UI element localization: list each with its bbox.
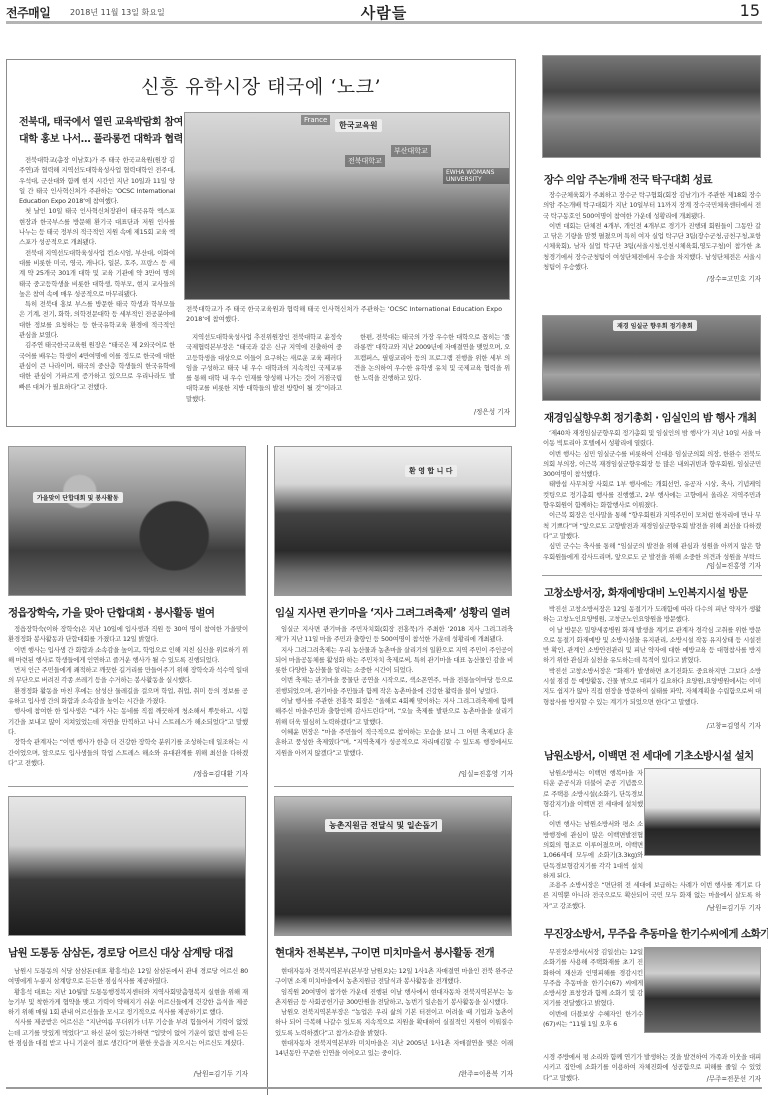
main-article-photo: France 한국교육원 부산대학교 EWHA WOMANS UNIVERSIT…: [184, 112, 510, 300]
gochang-fire-body: 박진선 고창소방서장은 12일 동절기가 도래함에 따라 다수의 피난 약자가 …: [543, 604, 761, 721]
main-photo-caption: 전북대학교가 주 태국 한국교육원과 협력해 태국 인사혁신처가 주관하는 ‘O…: [186, 304, 510, 324]
jeongeup-dorm-photo: 가을맞이 단합대회 및 봉사활동: [8, 446, 246, 596]
header-rule: [6, 21, 762, 24]
hyundai-body: 현대자동차 전북지역본부(본부장 남원오)는 12일 1사1촌 자매결연 마을인…: [275, 966, 513, 1078]
page-number: 15: [740, 1, 760, 20]
main-article-body-col1: 전북대학교(총장 이남호)가 주 태국 한국교육원(원장 김주연)과 협력해 지…: [19, 155, 175, 421]
gochang-fire-byline: /고창=김영식 기자: [543, 720, 761, 730]
imsil-festival-photo: 환 영 합 니 다: [274, 446, 512, 596]
photo-sign: 부산대학교: [391, 145, 431, 157]
main-article-body-col3: 한편, 전북대는 태국의 가장 우수한 대학으로 꼽히는 ‘풀라롱껀’ 대학교와…: [354, 332, 510, 404]
imsil-festival-body: 임실군 지사면 관기마을 주민자치회(회장 전홍묵)가 주최한 ‘2018 지사…: [275, 624, 513, 770]
tabletennis-headline: 장수 의암 주논개배 전국 탁구대회 성료: [544, 172, 712, 187]
namwon-fire-photo: [644, 768, 761, 856]
hyundai-headline: 현대차 전북본부, 구이면 미치마을서 봉사활동 전개: [275, 945, 494, 960]
jeongeup-dorm-body: 정읍장학숙(이하 장학숙)은 지난 10일에 입사생과 직원 등 30여 명이 …: [8, 624, 248, 770]
photo-sign: 한국교육원: [335, 119, 382, 132]
mujinjang-fire-body-narrow: 무진장소방서(서장 김일선)는 12일 소화기를 사용해 주택화재를 초기 진화…: [543, 947, 643, 1051]
namwon-fire-headline: 남원소방서, 이백면 전 세대에 기초소방시설 설치: [544, 748, 754, 763]
main-article-body-col2: 지역선도대학육성사업 추진위원장인 전북대학교 윤정숙 국제협력본부장은 “태국…: [186, 332, 342, 422]
mujinjang-fire-byline: /무주=전문선 기자: [543, 1073, 761, 1083]
namwon-fire-body-narrow: 남원소방서는 이백면 행복마을 자티운 준공식과 더불어 준공 기념품으로 주택…: [543, 768, 643, 878]
jeongeup-dorm-headline: 정읍장학숙, 가을 맞아 단합대회 · 봉사활동 벌여: [8, 605, 214, 620]
photo-banner: 재경 임실군 향우회 정기총회: [613, 320, 697, 331]
imsil-festival-headline: 임실 지사면 관기마을 ‘지사 그려그려축제’ 성황리 열려: [275, 605, 510, 620]
photo-banner: 농촌지원금 전달식 및 일손돕기: [325, 819, 442, 832]
mujinjang-fire-headline: 무진장소방서, 무주읍 추동마을 한기수씨에게 소화기 전달: [544, 926, 768, 941]
imsil-alumni-body: ‘제40차 재경임실군향우회 정기총회 및 임실인의 밤 행사’가 지난 10일…: [543, 428, 761, 560]
photo-sign: EWHA WOMANS UNIVERSITY: [443, 168, 509, 184]
main-headline: 신흥 유학시장 태국에 ‘노크’: [7, 72, 515, 99]
section-title: 사람들: [6, 2, 762, 23]
tabletennis-byline: /장수=고민호 기자: [543, 273, 761, 283]
imsil-festival-byline: /임실=진홍영 기자: [275, 768, 513, 778]
photo-banner: 가을맞이 단합대회 및 봉사활동: [33, 492, 123, 503]
photo-banner: 환 영 합 니 다: [405, 465, 457, 477]
tabletennis-photo: [542, 55, 761, 158]
photo-sign: 전북대학교: [345, 155, 385, 167]
jeongeup-dorm-byline: /정읍=김대환 기자: [8, 768, 248, 778]
namwon-samgyetang-headline: 남원 도통동 삼삼돈, 경로당 어르신 대상 삼계탕 대접: [8, 945, 233, 960]
tabletennis-body: 장수군체육회가 주최하고 장수군 탁구협회(회장 김남기)가 주관한 제18회 …: [543, 190, 761, 274]
namwon-samgyetang-body: 남원시 도통동의 식당 삼삼돈(대표 황흥석)은 12일 삼삼돈에서 관내 경로…: [8, 966, 248, 1066]
divider: [274, 786, 514, 787]
gochang-fire-headline: 고창소방서장, 화재예방대비 노인복지시설 방문: [544, 585, 747, 600]
main-article-byline: /정은성 기자: [354, 406, 510, 416]
column-divider: [267, 445, 268, 1095]
mujinjang-fire-photo: [644, 947, 761, 1033]
footer-rule: [6, 1087, 762, 1089]
photo-sign: France: [301, 115, 330, 125]
imsil-alumni-byline: /임실=진홍영 기자: [543, 560, 761, 570]
main-subheadline-1: 전북대, 태국에서 열린 교육박람회 참여: [19, 113, 183, 128]
hyundai-byline: /완주=이용복 기자: [275, 1068, 513, 1078]
main-article-box: 신흥 유학시장 태국에 ‘노크’ 전북대, 태국에서 열린 교육박람회 참여 대…: [6, 59, 516, 427]
namwon-fire-byline: /남원=김기두 기자: [543, 902, 761, 912]
main-subheadline-2: 대학 홍보 나서… 풀라롱껀 대학과 협력: [19, 130, 183, 145]
namwon-samgyetang-byline: /남원=김기두 기자: [8, 1068, 248, 1078]
hyundai-photo: 농촌지원금 전달식 및 일손돕기: [274, 796, 512, 936]
imsil-alumni-photo: 재경 임실군 향우회 정기총회: [542, 315, 761, 401]
divider: [542, 575, 762, 576]
imsil-alumni-headline: 재경임실향우회 정기총회 · 임실인의 밤 행사 개최: [544, 410, 757, 425]
namwon-samgyetang-photo: [8, 796, 246, 936]
divider: [8, 786, 248, 787]
